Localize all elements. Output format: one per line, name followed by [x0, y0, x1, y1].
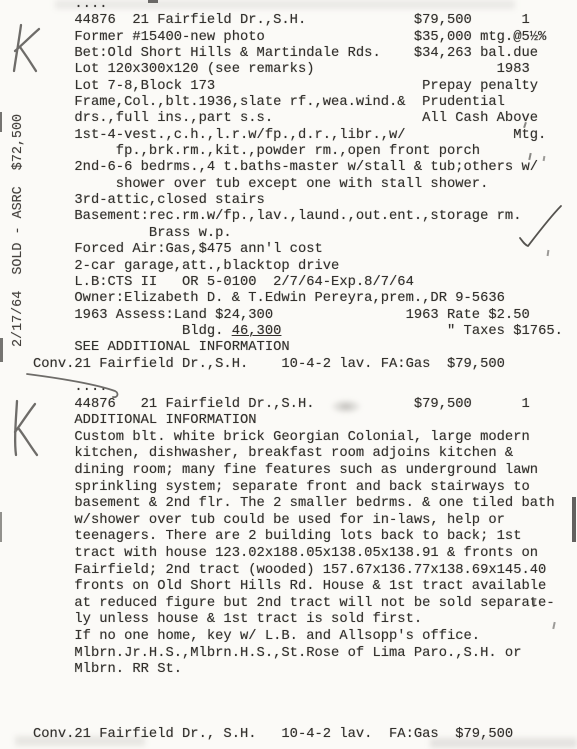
underlined-value: 46,300 — [232, 324, 282, 339]
typed-line: SEE ADDITIONAL INFORMATION — [33, 340, 577, 356]
typed-line: ADDITIONAL INFORMATION — [33, 413, 577, 430]
typed-line: drs.,full ins.,part s.s. All Cash Above — [33, 111, 577, 127]
scan-smear-top — [55, 0, 515, 9]
typed-line: Frame,Col.,blt.1936,slate rf.,wea.wind.&… — [33, 95, 577, 111]
typed-line: Conv.21 Fairfield Dr.,S.H. 10-4-2 lav. F… — [33, 357, 577, 373]
typed-line: Lot 120x300x120 (see remarks) 1983 — [33, 62, 577, 78]
typed-line: ly unless house & 1st tract is sold firs… — [33, 612, 577, 629]
typed-line: shower over tub except one with stall sh… — [33, 177, 577, 193]
typed-line: teenagers. There are 2 building lots bac… — [33, 529, 577, 546]
scan-edge-tick — [0, 338, 3, 362]
scan-edge-bar — [572, 497, 576, 542]
typed-line: sprinkling system; separate front and ba… — [33, 480, 577, 497]
typed-line: Bldg. 46,300 " Taxes $1765. — [33, 324, 577, 340]
typed-line: 1st-4-vest.,c.h.,l.r.w/fp.,d.r.,libr.,w/… — [33, 128, 577, 144]
typed-line: 44876 21 Fairfield Dr.,S.H. $79,500 1 — [33, 13, 577, 29]
margin-sold-note: 2/17/64 SOLD - ASRC $72,500 — [11, 114, 26, 347]
typed-line: Lot 7-8,Block 173 Prepay penalty — [33, 79, 577, 95]
typed-line: If no one home, key w/ L.B. and Allsopp'… — [33, 629, 577, 646]
typed-line: 2-car garage,att.,blacktop drive — [33, 259, 577, 275]
typed-line: 44876 21 Fairfield Dr.,S.H. $79,500 1 — [33, 397, 577, 414]
typed-line: Brass w.p. — [33, 226, 577, 242]
typed-line: Custom blt. white brick Georgian Colonia… — [33, 430, 577, 447]
scan-edge-tick — [0, 112, 2, 132]
typed-line: at reduced figure but 2nd tract will not… — [33, 596, 577, 613]
typed-line: Basement:rec.rm.w/fp.,lav.,laund.,out.en… — [33, 209, 577, 225]
typed-line: fp.,brk.rm.,kit.,powder rm.,open front p… — [33, 144, 577, 160]
typed-line: dining room; many fine features such as … — [33, 463, 577, 480]
scan-edge-tick — [0, 512, 2, 542]
scanned-listing-card: 2/17/64 SOLD - ASRC $72,500 .... 44876 2… — [0, 0, 577, 749]
scan-smear-bottom-right — [430, 738, 577, 748]
typed-line: Former #15400-new photo $35,000 mtg.@5½% — [33, 30, 577, 46]
listing-card-additional-info: .... 44876 21 Fairfield Dr.,S.H. $79,500… — [33, 380, 577, 679]
typed-line: tract with house 123.02x188.05x138.05x13… — [33, 546, 577, 563]
typed-line: Bet:Old Short Hills & Martindale Rds. $3… — [33, 46, 577, 62]
typed-line: Owner:Elizabeth D. & T.Edwin Pereyra,pre… — [33, 291, 577, 307]
typed-line: 3rd-attic,closed stairs — [33, 193, 577, 209]
listing-card-top: .... 44876 21 Fairfield Dr.,S.H. $79,500… — [33, 0, 577, 373]
typed-line: Mlbrn. RR St. — [33, 662, 577, 679]
typed-line: Fairfield; 2nd tract (wooded) 157.67x136… — [33, 563, 577, 580]
typed-line: w/shower over tub could be used for in-l… — [33, 513, 577, 530]
typed-line: 1963 Assess:Land $24,300 1963 Rate $2.50 — [33, 308, 577, 324]
typed-line: basement & 2nd flr. The 2 smaller bedrms… — [33, 496, 577, 513]
typed-line: L.B:CTS II OR 5-0100 2/7/64-Exp.8/7/64 — [33, 275, 577, 291]
typed-line: .... — [33, 380, 577, 397]
typed-line: kitchen, dishwasher, breakfast room adjo… — [33, 446, 577, 463]
typed-line: fronts on Old Short Hills Rd. House & 1s… — [33, 579, 577, 596]
scan-smear-bottom-left — [15, 736, 145, 746]
typed-line: Forced Air:Gas,$475 ann'l cost — [33, 242, 577, 258]
typed-line: 2nd-6-6 bedrms.,4 t.baths-master w/stall… — [33, 160, 577, 176]
eraser-smudge — [330, 399, 362, 414]
typed-line: Mlbrn.Jr.H.S.,Mlbrn.H.S.,St.Rose of Lima… — [33, 646, 577, 663]
